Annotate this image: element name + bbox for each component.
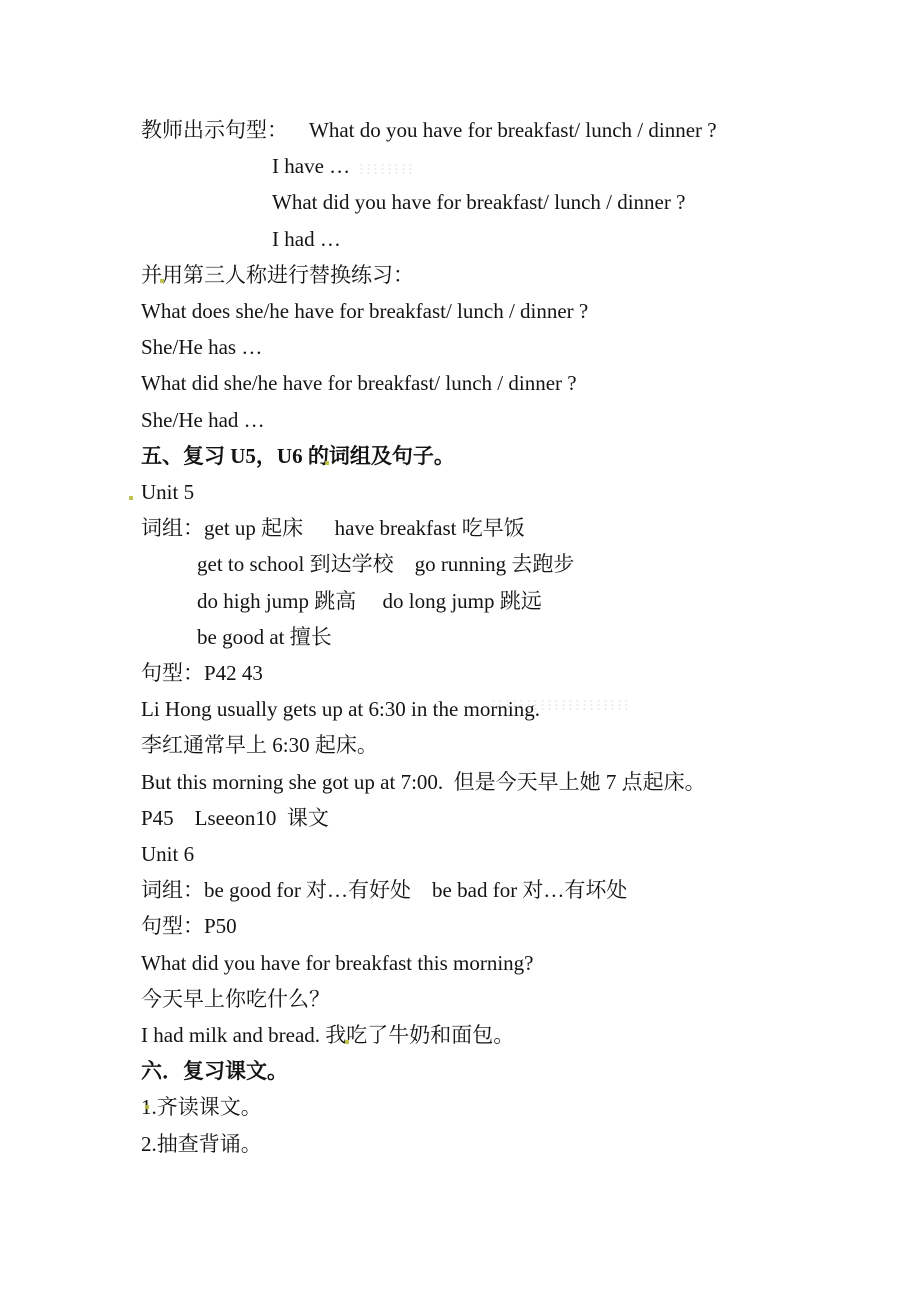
doc-line: 词组：get up 起床 have breakfast 吃早饭	[141, 510, 841, 546]
section-heading: 五、复习 U5，U6 的词组及句子。	[141, 438, 841, 474]
doc-line: What does she/he have for breakfast/ lun…	[141, 293, 841, 329]
doc-line: Unit 5	[141, 474, 841, 510]
doc-line: But this morning she got up at 7:00. 但是今…	[141, 764, 841, 800]
doc-line: get to school 到达学校 go running 去跑步	[197, 546, 841, 582]
doc-line: What did you have for breakfast/ lunch /…	[272, 184, 841, 220]
doc-line: 词组：be good for 对…有好处 be bad for 对…有坏处	[141, 872, 841, 908]
doc-line: 2.抽查背诵。	[141, 1126, 841, 1162]
doc-line: 今天早上你吃什么？	[141, 981, 841, 1017]
doc-line: She/He has …	[141, 329, 841, 365]
doc-line: 教师出示句型： What do you have for breakfast/ …	[141, 112, 841, 148]
doc-line: 1.齐读课文。	[141, 1089, 841, 1125]
doc-line: P45 Lseeon10 课文	[141, 800, 841, 836]
doc-line: 句型：P50	[141, 908, 841, 944]
doc-line: be good at 擅长	[197, 619, 841, 655]
doc-line: 句型：P42 43	[141, 655, 841, 691]
doc-line: 并用第三人称进行替换练习：	[141, 257, 841, 293]
doc-line: 李红通常早上 6:30 起床。	[141, 727, 841, 763]
document-page: 教师出示句型： What do you have for breakfast/ …	[0, 0, 920, 1302]
ink-speck	[129, 496, 133, 500]
doc-line: What did she/he have for breakfast/ lunc…	[141, 365, 841, 401]
document-body: 教师出示句型： What do you have for breakfast/ …	[141, 112, 841, 1162]
doc-line: What did you have for breakfast this mor…	[141, 945, 841, 981]
doc-line: I had milk and bread. 我吃了牛奶和面包。	[141, 1017, 841, 1053]
doc-line: do high jump 跳高 do long jump 跳远	[197, 583, 841, 619]
doc-line: Unit 6	[141, 836, 841, 872]
doc-line: Li Hong usually gets up at 6:30 in the m…	[141, 691, 841, 727]
section-heading: 六．复习课文。	[141, 1053, 841, 1089]
doc-line: I had …	[272, 221, 841, 257]
doc-line: I have …	[272, 148, 841, 184]
doc-line: She/He had …	[141, 402, 841, 438]
